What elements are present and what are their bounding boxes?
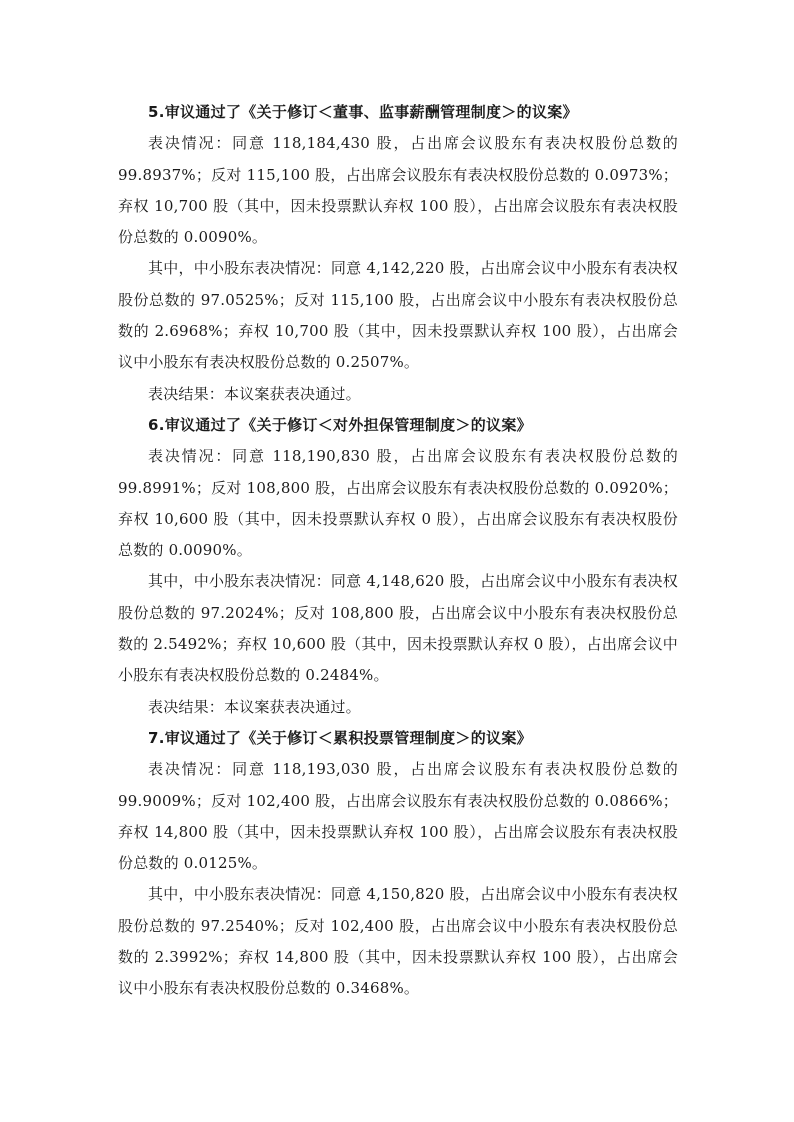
resolution-heading: 6.审议通过了《关于修订＜对外担保管理制度＞的议案》: [118, 410, 678, 441]
vote-summary: 表决情况：同意 118,190,830 股，占出席会议股东有表决权股份总数的 9…: [118, 441, 678, 566]
vote-result: 表决结果：本议案获表决通过。: [118, 692, 678, 723]
vote-summary: 表决情况：同意 118,184,430 股，占出席会议股东有表决权股份总数的 9…: [118, 128, 678, 253]
minority-vote-summary: 其中，中小股东表决情况：同意 4,150,820 股，占出席会议中小股东有表决权…: [118, 879, 678, 1004]
resolution-heading: 5.审议通过了《关于修订＜董事、监事薪酬管理制度＞的议案》: [118, 97, 678, 128]
document-page: 5.审议通过了《关于修订＜董事、监事薪酬管理制度＞的议案》 表决情况：同意 11…: [118, 97, 678, 1005]
minority-vote-summary: 其中，中小股东表决情况：同意 4,142,220 股，占出席会议中小股东有表决权…: [118, 253, 678, 378]
vote-result: 表决结果：本议案获表决通过。: [118, 379, 678, 410]
vote-summary: 表决情况：同意 118,193,030 股，占出席会议股东有表决权股份总数的 9…: [118, 754, 678, 879]
minority-vote-summary: 其中，中小股东表决情况：同意 4,148,620 股，占出席会议中小股东有表决权…: [118, 566, 678, 691]
resolution-heading: 7.审议通过了《关于修订＜累积投票管理制度＞的议案》: [118, 723, 678, 754]
resolution-7: 7.审议通过了《关于修订＜累积投票管理制度＞的议案》 表决情况：同意 118,1…: [118, 723, 678, 1005]
resolution-6: 6.审议通过了《关于修订＜对外担保管理制度＞的议案》 表决情况：同意 118,1…: [118, 410, 678, 723]
resolution-5: 5.审议通过了《关于修订＜董事、监事薪酬管理制度＞的议案》 表决情况：同意 11…: [118, 97, 678, 410]
